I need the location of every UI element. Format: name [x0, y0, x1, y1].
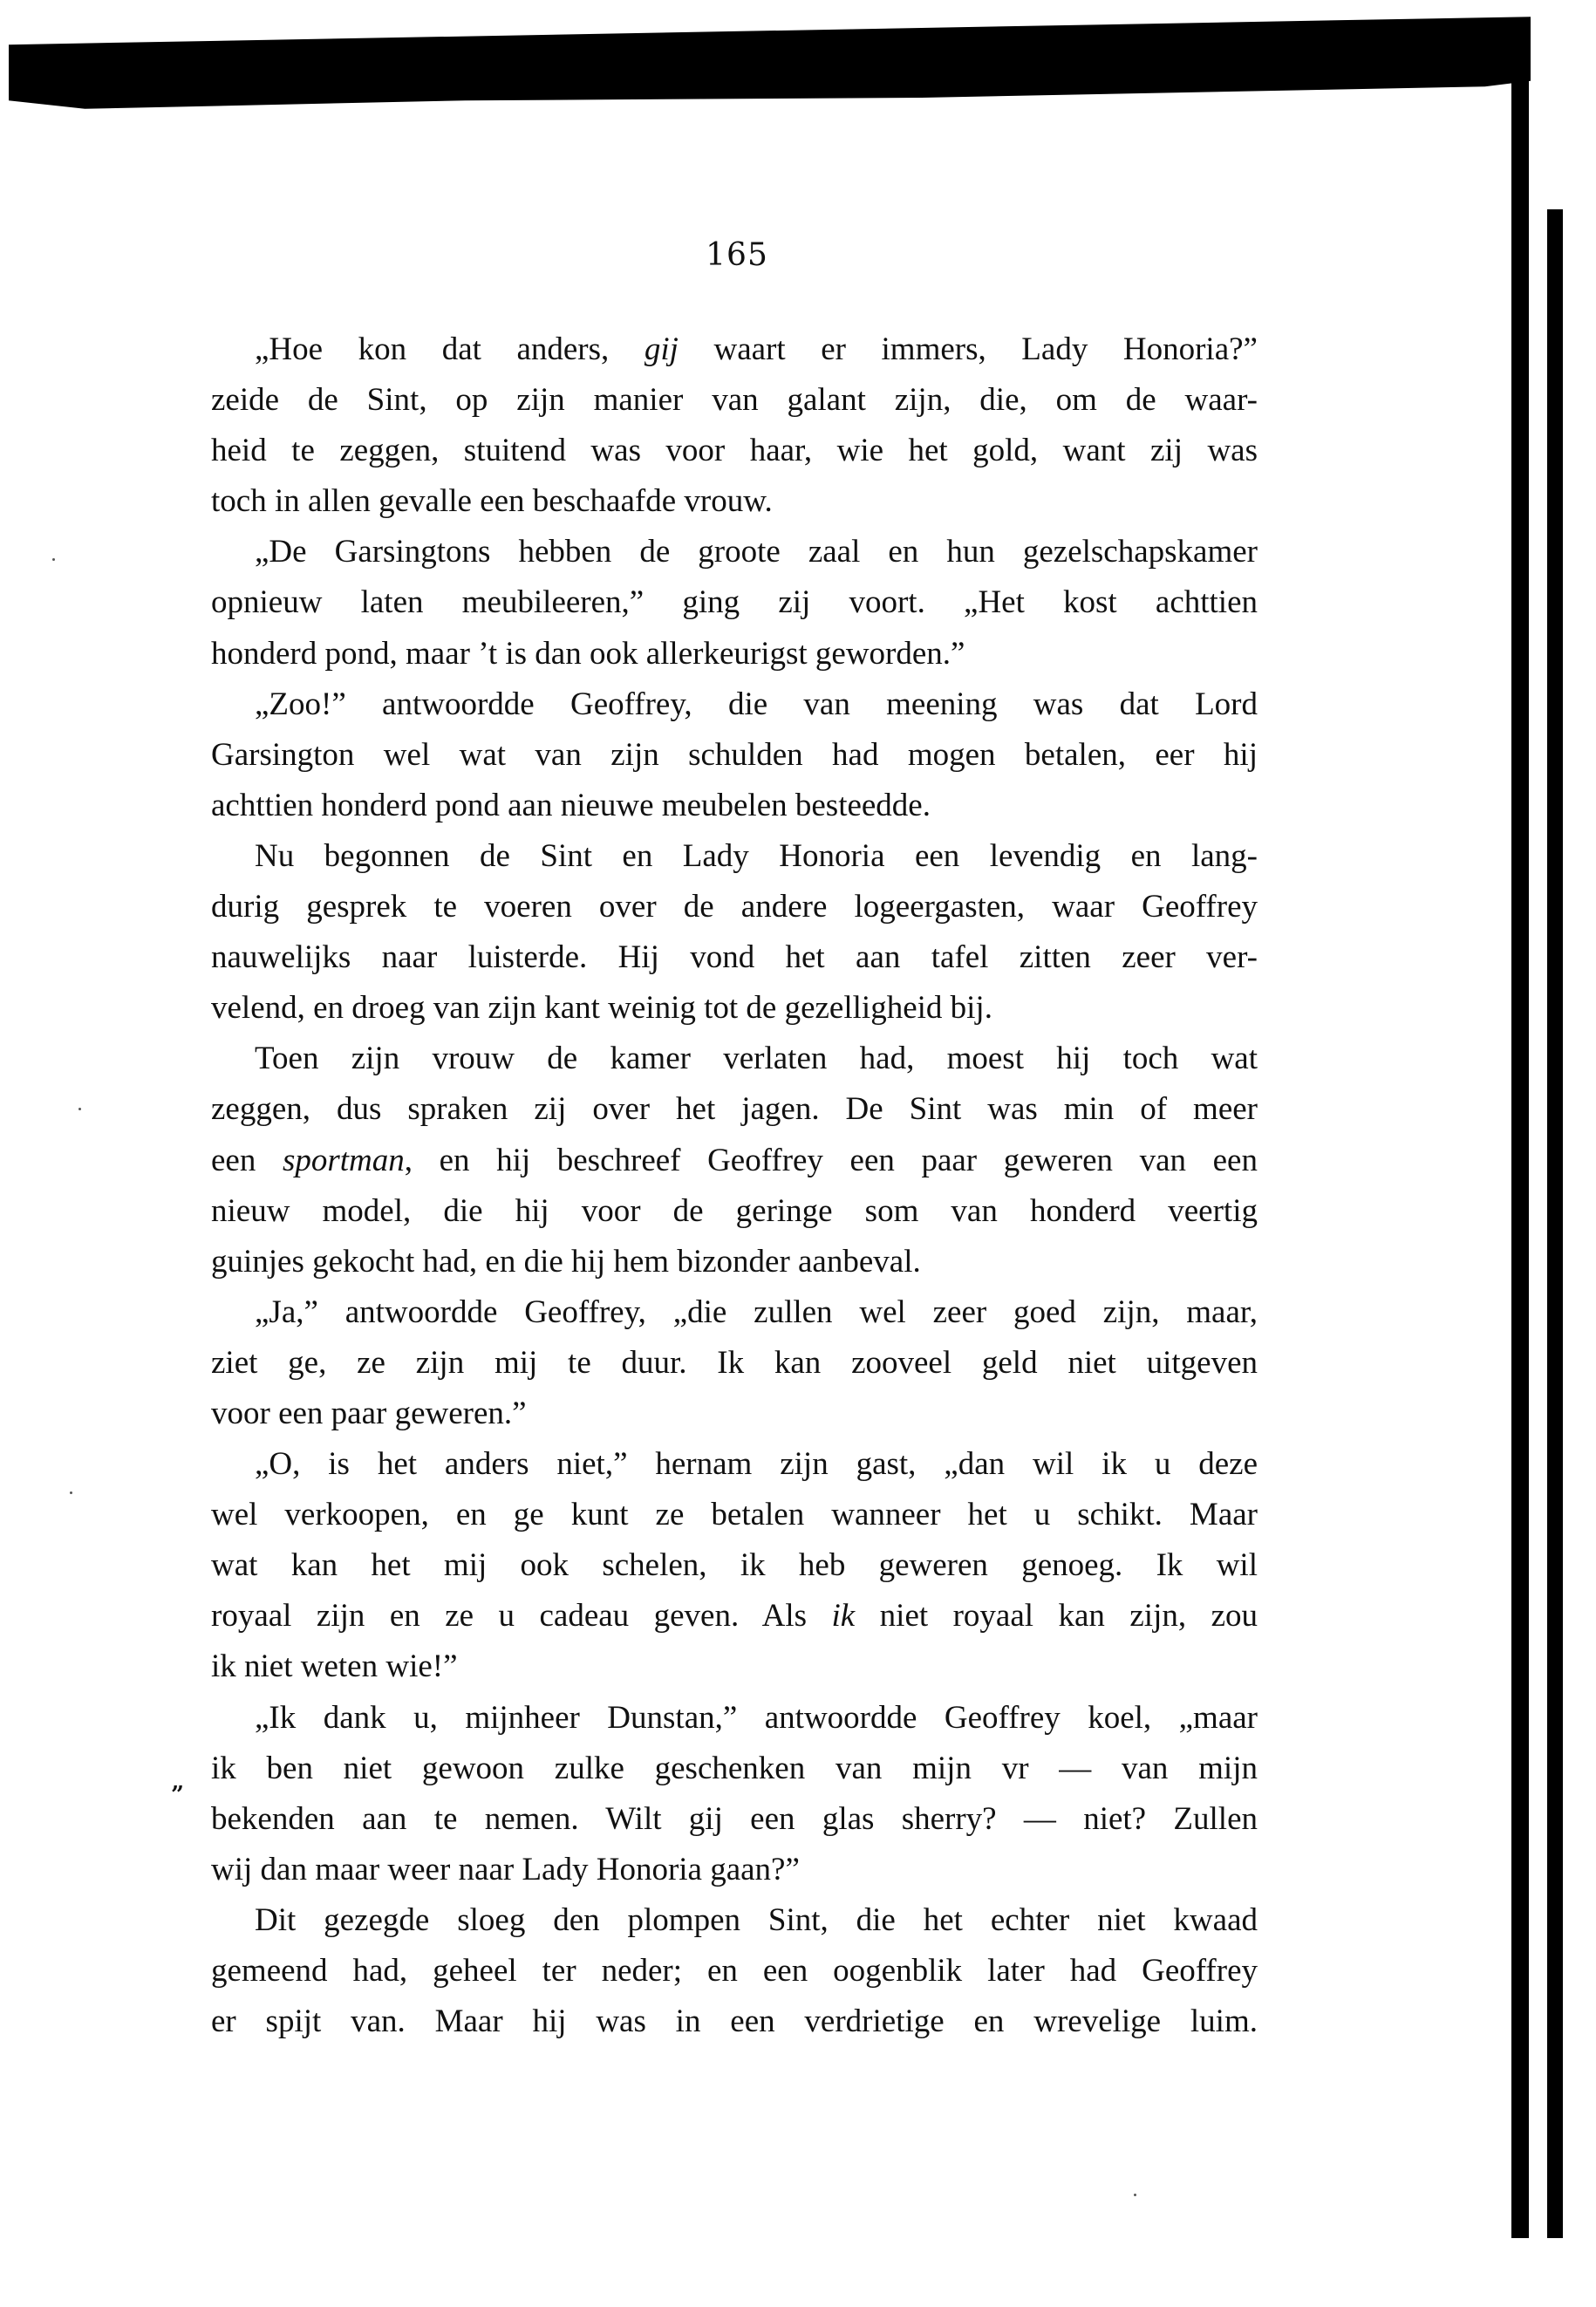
text-line: „O, is het anders niet,” hernam zijn gas…: [211, 1439, 1258, 1490]
text-span: wel verkoopen, en ge kunt ze betalen wan…: [211, 1497, 1258, 1532]
body-text: „Hoe kon dat anders, gij waart er immers…: [211, 324, 1258, 2047]
text-line: zeggen, dus spraken zij over het jagen. …: [211, 1084, 1258, 1135]
text-span: nieuw model, die hij voor de geringe som…: [211, 1193, 1258, 1229]
italic-text: sportman: [283, 1143, 405, 1178]
text-line: royaal zijn en ze u cadeau geven. Als ik…: [211, 1591, 1258, 1642]
text-line: opnieuw laten meubileeren,” ging zij voo…: [211, 577, 1258, 628]
scan-right-edge-shadow-outer: [1547, 209, 1563, 2238]
text-span: „Hoe kon dat anders,: [255, 331, 645, 367]
text-span: „Zoo!” antwoordde Geoffrey, die van meen…: [255, 686, 1258, 722]
text-span: ik niet weten wie!”: [211, 1648, 458, 1684]
text-span: Dit gezegde sloeg den plompen Sint, die …: [255, 1902, 1258, 1938]
text-span: wat kan het mij ook schelen, ik heb gewe…: [211, 1547, 1258, 1583]
scan-speck: [52, 558, 55, 561]
text-span: gemeend had, geheel ter neder; en een oo…: [211, 1953, 1258, 1989]
text-line: honderd pond, maar ’t is dan ook allerke…: [211, 629, 1258, 679]
text-span: Garsington wel wat van zijn schulden had…: [211, 737, 1258, 773]
text-line: Nu begonnen de Sint en Lady Honoria een …: [211, 831, 1258, 882]
text-span: voor een paar geweren.”: [211, 1396, 527, 1431]
text-span: Nu begonnen de Sint en Lady Honoria een …: [255, 838, 1258, 874]
text-line: ziet ge, ze zijn mij te duur. Ik kan zoo…: [211, 1338, 1258, 1389]
text-span: een: [211, 1143, 283, 1178]
text-span: „O, is het anders niet,” hernam zijn gas…: [255, 1446, 1258, 1482]
text-line: „Hoe kon dat anders, gij waart er immers…: [211, 324, 1258, 375]
scan-speck: [1134, 2194, 1136, 2196]
text-span: Toen zijn vrouw de kamer verlaten had, m…: [255, 1041, 1258, 1076]
text-span: opnieuw laten meubileeren,” ging zij voo…: [211, 584, 1258, 620]
text-span: , en hij beschreef Geoffrey een paar gew…: [405, 1143, 1258, 1178]
text-span: zeide de Sint, op zijn manier van galant…: [211, 382, 1258, 418]
text-span: achttien honderd pond aan nieuwe meubele…: [211, 788, 931, 823]
text-line: guinjes gekocht had, en die hij hem bizo…: [211, 1237, 1258, 1287]
text-span: durig gesprek te voeren over de andere l…: [211, 889, 1258, 925]
text-span: zeggen, dus spraken zij over het jagen. …: [211, 1091, 1258, 1127]
text-line: er spijt van. Maar hij was in een verdri…: [211, 1996, 1258, 2047]
text-line: heid te zeggen, stuitend was voor haar, …: [211, 426, 1258, 476]
page-number: 165: [0, 237, 1474, 273]
text-line: durig gesprek te voeren over de andere l…: [211, 882, 1258, 932]
text-span: toch in allen gevalle een beschaafde vro…: [211, 483, 773, 519]
text-line: „De Garsingtons hebben de groote zaal en…: [211, 527, 1258, 577]
scan-top-edge-shadow: [9, 0, 1531, 140]
text-line: toch in allen gevalle een beschaafde vro…: [211, 476, 1258, 527]
text-span: heid te zeggen, stuitend was voor haar, …: [211, 433, 1258, 468]
text-line: Dit gezegde sloeg den plompen Sint, die …: [211, 1895, 1258, 1946]
text-line: „Ja,” antwoordde Geoffrey, „die zullen w…: [211, 1287, 1258, 1338]
text-line: velend, en droeg van zijn kant weinig to…: [211, 983, 1258, 1034]
text-span: ziet ge, ze zijn mij te duur. Ik kan zoo…: [211, 1345, 1258, 1381]
text-span: er spijt van. Maar hij was in een verdri…: [211, 2003, 1258, 2039]
scan-speck: [70, 1491, 72, 1494]
text-line: wel verkoopen, en ge kunt ze betalen wan…: [211, 1490, 1258, 1540]
text-span: guinjes gekocht had, en die hij hem bizo…: [211, 1244, 921, 1280]
text-span: niet royaal kan zijn, zou: [855, 1598, 1258, 1634]
text-span: „Ik dank u, mijnheer Dunstan,” antwoordd…: [255, 1700, 1258, 1736]
text-line: wat kan het mij ook schelen, ik heb gewe…: [211, 1540, 1258, 1591]
margin-mark: ”: [171, 1782, 184, 1808]
text-line: ik ben niet gewoon zulke geschenken van …: [211, 1744, 1258, 1794]
text-span: honderd pond, maar ’t is dan ook allerke…: [211, 636, 965, 672]
text-line: „Zoo!” antwoordde Geoffrey, die van meen…: [211, 679, 1258, 730]
text-span: ik ben niet gewoon zulke geschenken van …: [211, 1751, 1258, 1786]
scan-speck: [78, 1108, 81, 1110]
text-line: een sportman, en hij beschreef Geoffrey …: [211, 1136, 1258, 1186]
text-line: voor een paar geweren.”: [211, 1389, 1258, 1439]
text-span: velend, en droeg van zijn kant weinig to…: [211, 990, 992, 1026]
text-line: nauwelijks naar luisterde. Hij vond het …: [211, 932, 1258, 983]
text-line: „Ik dank u, mijnheer Dunstan,” antwoordd…: [211, 1693, 1258, 1744]
text-span: bekenden aan te nemen. Wilt gij een glas…: [211, 1801, 1258, 1837]
italic-text: gij: [645, 331, 679, 367]
scan-right-edge-shadow: [1511, 78, 1529, 2238]
text-span: royaal zijn en ze u cadeau geven. Als: [211, 1598, 832, 1634]
text-line: bekenden aan te nemen. Wilt gij een glas…: [211, 1794, 1258, 1845]
text-line: zeide de Sint, op zijn manier van galant…: [211, 375, 1258, 426]
text-span: „De Garsingtons hebben de groote zaal en…: [255, 534, 1258, 570]
italic-text: ik: [832, 1598, 856, 1634]
text-line: gemeend had, geheel ter neder; en een oo…: [211, 1946, 1258, 1996]
text-span: wij dan maar weer naar Lady Honoria gaan…: [211, 1852, 800, 1887]
text-line: wij dan maar weer naar Lady Honoria gaan…: [211, 1845, 1258, 1895]
text-line: achttien honderd pond aan nieuwe meubele…: [211, 781, 1258, 831]
text-line: ik niet weten wie!”: [211, 1642, 1258, 1692]
text-line: Toen zijn vrouw de kamer verlaten had, m…: [211, 1034, 1258, 1084]
text-span: „Ja,” antwoordde Geoffrey, „die zullen w…: [255, 1294, 1258, 1330]
text-span: nauwelijks naar luisterde. Hij vond het …: [211, 939, 1258, 975]
text-line: nieuw model, die hij voor de geringe som…: [211, 1186, 1258, 1237]
text-span: waart er immers, Lady Honoria?”: [679, 331, 1258, 367]
text-line: Garsington wel wat van zijn schulden had…: [211, 730, 1258, 781]
